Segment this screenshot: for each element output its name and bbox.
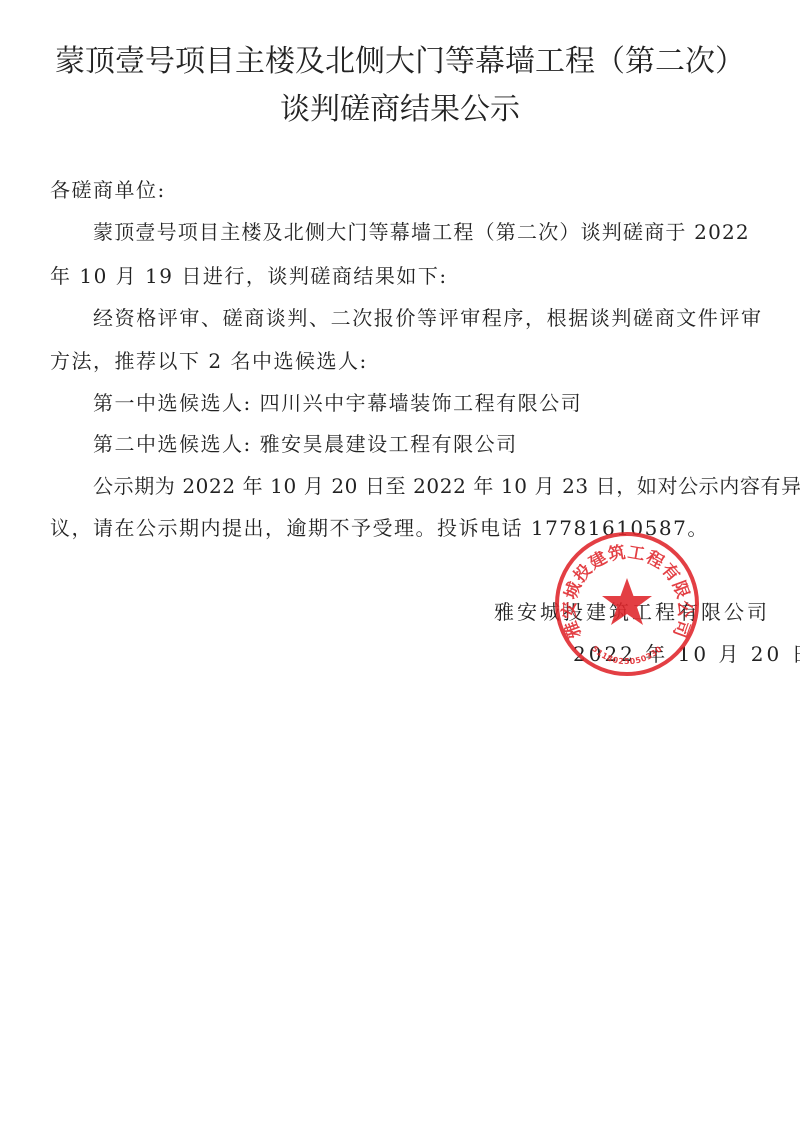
candidate-first: 第一中选候选人: 四川兴中宇幕墙装饰工程有限公司 — [93, 387, 582, 416]
paragraph-3-line1: 公示期为 2022 年 10 月 20 日至 2022 年 10 月 23 日，… — [93, 470, 800, 499]
paragraph-2-line2: 方法，推荐以下 2 名中选候选人: — [50, 345, 368, 374]
paragraph-3-line2: 议，请在公示期内提出，逾期不予受理。投诉电话 17781610587。 — [50, 512, 709, 541]
paragraph-1-line1: 蒙顶壹号项目主楼及北侧大门等幕墙工程（第二次）谈判磋商于 2022 — [93, 216, 750, 245]
paragraph-1-line2: 年 10 月 19 日进行，谈判磋商结果如下: — [50, 260, 448, 289]
paragraph-2-line1: 经资格评审、磋商谈判、二次报价等评审程序，根据谈判磋商文件评审 — [93, 302, 763, 331]
document-page: 蒙顶壹号项目主楼及北侧大门等幕墙工程（第二次） 谈判磋商结果公示 各磋商单位: … — [0, 0, 800, 1131]
svg-text:雅安城投建筑工程有限公司: 雅安城投建筑工程有限公司 — [559, 541, 694, 641]
candidate-second: 第二中选候选人: 雅安昊晨建设工程有限公司 — [93, 428, 518, 457]
signature-date: 2022 年 10 月 20 日 — [573, 638, 800, 667]
salutation: 各磋商单位: — [50, 174, 166, 203]
document-title-line1: 蒙顶壹号项目主楼及北侧大门等幕墙工程（第二次） — [0, 36, 800, 80]
signature-organization: 雅安城投建筑工程有限公司 — [494, 596, 770, 625]
document-title-line2: 谈判磋商结果公示 — [0, 84, 800, 128]
